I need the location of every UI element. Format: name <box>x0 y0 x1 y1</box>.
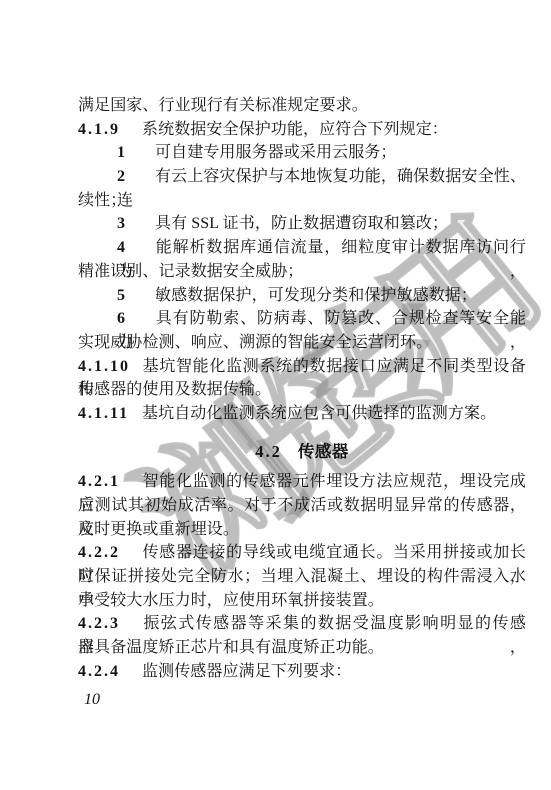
clause-line: 4.1.10基坑智能化监测系统的数据接口应满足不同类型设备和 <box>78 355 526 379</box>
line-text: 传感器的使用及数据传输。 <box>78 381 271 398</box>
line-text: 敏感数据保护，可发现分类和保护敏感数据； <box>155 287 477 304</box>
page-number: 10 <box>84 690 100 710</box>
text-line: 传感器的使用及数据传输。 <box>78 378 526 402</box>
text-line: 续性； <box>78 189 526 213</box>
section-number: 4.2 <box>255 442 282 461</box>
list-item-number: 3 <box>117 212 155 236</box>
text-line: 应保证拼接处完全防水；当埋入混凝土、埋设的构件需浸入水中 <box>78 565 526 589</box>
list-item-line: 3具有 SSL 证书，防止数据遭窃取和篡改； <box>78 212 526 236</box>
line-text: 承受较大水压力时，应使用环氧拼接装置。 <box>78 592 384 609</box>
document-page: 浏览专用 满足国家、行业现行有关标准规定要求。4.1.9系统数据安全保护功能，应… <box>0 0 551 790</box>
list-item-number: 4 <box>117 236 155 260</box>
clause-line: 4.2.4监测传感器应满足下列要求： <box>78 660 526 684</box>
line-text: 监测传感器应满足下列要求： <box>142 663 351 680</box>
clause-line: 4.1.9系统数据安全保护功能，应符合下列规定： <box>78 118 526 142</box>
clause-number: 4.2.4 <box>78 660 142 684</box>
line-text: 具有 SSL 证书，防止数据遭窃取和篡改； <box>155 215 448 232</box>
list-item-line: 1可自建专用服务器或采用云服务； <box>78 141 526 165</box>
section-title: 传感器 <box>298 442 349 461</box>
line-text: 续性； <box>78 192 126 209</box>
clause-number: 4.1.9 <box>78 118 142 142</box>
clause-line: 4.1.11基坑自动化监测系统应包含可供选择的监测方案。 <box>78 402 526 426</box>
line-text: 及时更换或重新埋设。 <box>78 521 239 538</box>
text-line: 应测试其初始成活率。对于不成活或数据明显异常的传感器，应 <box>78 494 526 518</box>
list-item-number: 1 <box>117 141 155 165</box>
clause-line: 4.2.2传感器连接的导线或电缆宜通长。当采用拼接或加长时， <box>78 541 526 565</box>
text-line: 满足国家、行业现行有关标准规定要求。 <box>78 94 526 118</box>
clause-number: 4.2.1 <box>78 470 142 494</box>
list-item-line: 4能解析数据库通信流量，细粒度审计数据库访问行为， <box>78 236 526 260</box>
list-item-line: 6具有防勒索、防病毒、防篡改、合规检查等安全能力， <box>78 307 526 331</box>
clause-number: 4.1.10 <box>78 355 142 379</box>
line-text: 系统数据安全保护功能，应符合下列规定： <box>142 121 448 138</box>
section-heading: 4.2传感器 <box>78 440 526 464</box>
line-text: 应具备温度矫正芯片和具有温度矫正功能。 <box>78 639 384 656</box>
line-text: 满足国家、行业现行有关标准规定要求。 <box>78 97 368 114</box>
clause-number: 4.2.3 <box>78 612 142 636</box>
list-item-number: 5 <box>117 284 155 308</box>
clause-number: 4.1.11 <box>78 402 142 426</box>
text-line: 承受较大水压力时，应使用环氧拼接装置。 <box>78 589 526 613</box>
clause-line: 4.2.3振弦式传感器等采集的数据受温度影响明显的传感器， <box>78 612 526 636</box>
line-text: 实现威胁检测、响应、溯源的智能安全运营闭环。 <box>78 334 432 351</box>
clause-number: 4.2.2 <box>78 541 142 565</box>
text-line: 及时更换或重新埋设。 <box>78 518 526 542</box>
page-body-text: 满足国家、行业现行有关标准规定要求。4.1.9系统数据安全保护功能，应符合下列规… <box>78 94 526 684</box>
line-text: 基坑自动化监测系统应包含可供选择的监测方案。 <box>142 405 496 422</box>
line-text: 可自建专用服务器或采用云服务； <box>155 144 397 161</box>
list-item-line: 5敏感数据保护，可发现分类和保护敏感数据； <box>78 284 526 308</box>
line-text: 精准识别、记录数据安全威胁； <box>78 263 303 280</box>
list-item-line: 2有云上容灾保护与本地恢复功能，确保数据安全性、连 <box>78 165 526 189</box>
clause-line: 4.2.1智能化监测的传感器元件埋设方法应规范，埋设完成后 <box>78 470 526 494</box>
list-item-number: 2 <box>117 165 155 189</box>
list-item-number: 6 <box>117 307 155 331</box>
